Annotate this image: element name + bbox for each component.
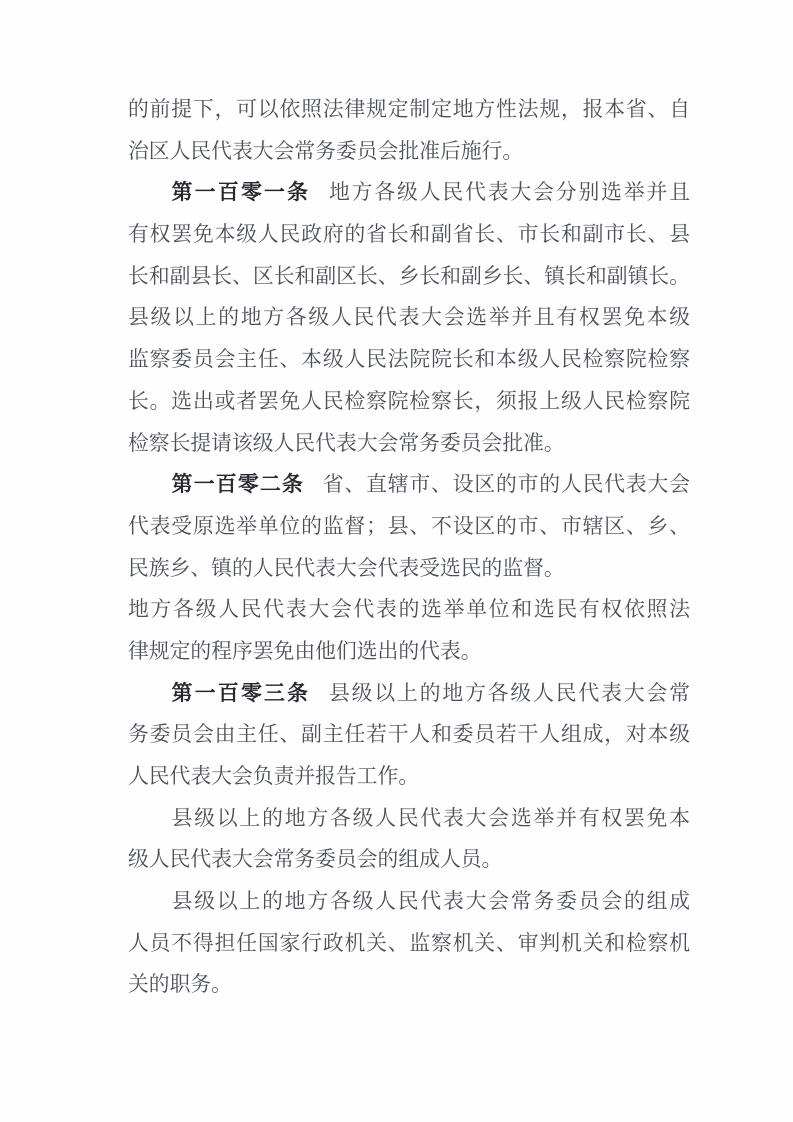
line-text: 县级以上的地方各级人民代表大会常: [329, 682, 690, 705]
line-text: 律规定的程序罢免由他们选出的代表。: [128, 640, 482, 663]
article-number: 第一百零二条: [172, 473, 304, 496]
document-line: 监察委员会主任、本级人民法院院长和本级人民检察院检察: [128, 339, 690, 381]
document-line: 人民代表大会负责并报告工作。: [128, 756, 690, 798]
line-text: 人员不得担任国家行政机关、监察机关、审判机关和检察机: [128, 932, 690, 955]
line-text: 县级以上的地方各级人民代表大会常务委员会的组成: [172, 890, 690, 913]
document-lines: 的前提下，可以依照法律规定制定地方性法规，报本省、自治区人民代表大会常务委员会批…: [128, 89, 690, 1006]
line-text: 有权罢免本级人民政府的省长和副省长、市长和副市长、县: [128, 223, 690, 246]
document-line: 代表受原选举单位的监督；县、不设区的市、市辖区、乡、: [128, 506, 690, 548]
line-text: 县级以上的地方各级人民代表大会选举并有权罢免本: [172, 807, 690, 830]
document-line: 县级以上的地方各级人民代表大会选举并有权罢免本: [128, 798, 690, 840]
line-text: 检察长提请该级人民代表大会常务委员会批准。: [128, 432, 565, 455]
document-line: 务委员会由主任、副主任若干人和委员若干人组成，对本级: [128, 714, 690, 756]
line-text: 人民代表大会负责并报告工作。: [128, 765, 419, 788]
document-line: 县级以上的地方各级人民代表大会选举并且有权罢免本级: [128, 297, 690, 339]
document-line: 检察长提请该级人民代表大会常务委员会批准。: [128, 423, 690, 465]
line-text: 级人民代表大会常务委员会的组成人员。: [128, 848, 502, 871]
line-text: 长和副县长、区长和副区长、乡长和副乡长、镇长和副镇长。: [128, 265, 690, 288]
document-line: 人员不得担任国家行政机关、监察机关、审判机关和检察机: [128, 923, 690, 965]
document-line: 的前提下，可以依照法律规定制定地方性法规，报本省、自: [128, 89, 690, 131]
line-text: 务委员会由主任、副主任若干人和委员若干人组成，对本级: [128, 723, 690, 746]
article-line: 第一百零一条地方各级人民代表大会分别选举并且: [128, 172, 690, 214]
article-line: 第一百零二条省、直辖市、设区的市的人民代表大会: [128, 464, 690, 506]
line-text: 长。选出或者罢免人民检察院检察长，须报上级人民检察院: [128, 390, 690, 413]
document-line: 长和副县长、区长和副区长、乡长和副乡长、镇长和副镇长。: [128, 256, 690, 298]
line-text: 县级以上的地方各级人民代表大会选举并且有权罢免本级: [128, 306, 690, 329]
document-line: 级人民代表大会常务委员会的组成人员。: [128, 839, 690, 881]
line-text: 地方各级人民代表大会代表的选举单位和选民有权依照法: [128, 598, 690, 621]
line-text: 地方各级人民代表大会分别选举并且: [329, 181, 690, 204]
line-text: 民族乡、镇的人民代表大会代表受选民的监督。: [128, 557, 565, 580]
document-line: 民族乡、镇的人民代表大会代表受选民的监督。: [128, 548, 690, 590]
article-line: 第一百零三条县级以上的地方各级人民代表大会常: [128, 673, 690, 715]
document-line: 治区人民代表大会常务委员会批准后施行。: [128, 131, 690, 173]
article-number: 第一百零一条: [172, 181, 311, 204]
document-line: 律规定的程序罢免由他们选出的代表。: [128, 631, 690, 673]
document-line: 县级以上的地方各级人民代表大会常务委员会的组成: [128, 881, 690, 923]
document-page: 的前提下，可以依照法律规定制定地方性法规，报本省、自治区人民代表大会常务委员会批…: [0, 0, 793, 1122]
line-text: 监察委员会主任、本级人民法院院长和本级人民检察院检察: [128, 348, 690, 371]
line-text: 代表受原选举单位的监督；县、不设区的市、市辖区、乡、: [128, 515, 690, 538]
article-number: 第一百零三条: [172, 682, 311, 705]
line-text: 省、直辖市、设区的市的人民代表大会: [323, 473, 690, 496]
line-text: 治区人民代表大会常务委员会批准后施行。: [128, 140, 523, 163]
line-text: 关的职务。: [128, 973, 232, 996]
line-text: 的前提下，可以依照法律规定制定地方性法规，报本省、自: [128, 98, 690, 121]
document-line: 地方各级人民代表大会代表的选举单位和选民有权依照法: [128, 589, 690, 631]
document-line: 有权罢免本级人民政府的省长和副省长、市长和副市长、县: [128, 214, 690, 256]
document-line: 长。选出或者罢免人民检察院检察长，须报上级人民检察院: [128, 381, 690, 423]
document-line: 关的职务。: [128, 964, 690, 1006]
